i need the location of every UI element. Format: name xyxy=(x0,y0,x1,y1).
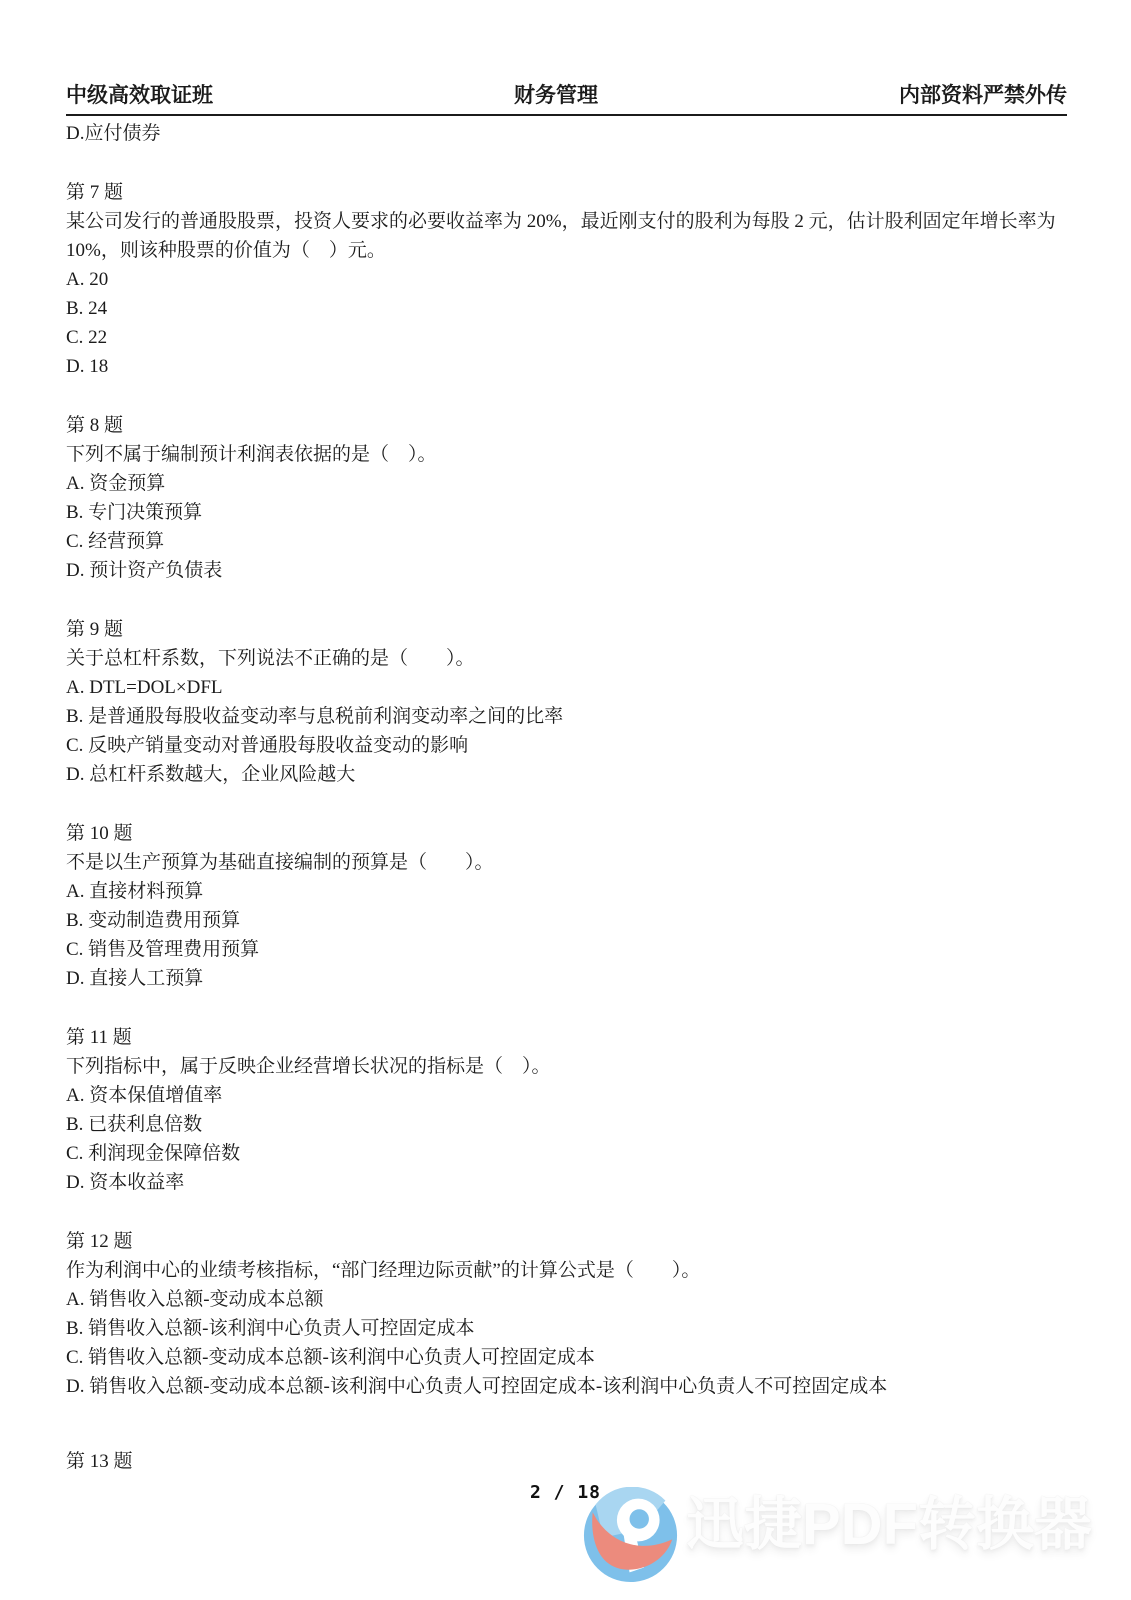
question-option: C. 经营预算 xyxy=(66,527,1067,556)
question-9: 第 9 题 关于总杠杆系数，下列说法不正确的是（ ）。 A. DTL=DOL×D… xyxy=(66,615,1067,789)
question-13: 第 13 题 xyxy=(66,1447,1067,1476)
question-option: D. 总杠杆系数越大，企业风险越大 xyxy=(66,760,1067,789)
question-12: 第 12 题 作为利润中心的业绩考核指标，“部门经理边际贡献”的计算公式是（ ）… xyxy=(66,1227,1067,1401)
question-option: C. 反映产销量变动对普通股每股收益变动的影响 xyxy=(66,731,1067,760)
question-title: 第 12 题 xyxy=(66,1227,1067,1256)
question-option: A. 资本保值增值率 xyxy=(66,1081,1067,1110)
question-option: C. 销售及管理费用预算 xyxy=(66,935,1067,964)
question-option: D. 预计资产负债表 xyxy=(66,556,1067,585)
question-option: A. 直接材料预算 xyxy=(66,877,1067,906)
question-title: 第 10 题 xyxy=(66,819,1067,848)
question-option: C. 利润现金保障倍数 xyxy=(66,1139,1067,1168)
question-option: B. 24 xyxy=(66,294,1067,323)
page-header: 中级高效取证班 财务管理 内部资料严禁外传 xyxy=(66,84,1067,116)
question-option: D. 18 xyxy=(66,352,1067,381)
question-option: D. 直接人工预算 xyxy=(66,964,1067,993)
question-stem: 不是以生产预算为基础直接编制的预算是（ ）。 xyxy=(66,848,1067,877)
question-option: A. 20 xyxy=(66,265,1067,294)
header-course-name: 中级高效取证班 xyxy=(66,84,213,108)
carryover-option: D.应付债券 xyxy=(66,119,1067,148)
header-confidential-notice: 内部资料严禁外传 xyxy=(899,84,1067,108)
question-title: 第 11 题 xyxy=(66,1023,1067,1052)
question-title: 第 13 题 xyxy=(66,1447,1067,1476)
watermark-brand-text: 迅捷PDF转换器 xyxy=(686,1490,1092,1560)
question-title: 第 7 题 xyxy=(66,178,1067,207)
xunjie-pdf-converter-logo-icon xyxy=(582,1487,679,1584)
question-option: B. 销售收入总额-该利润中心负责人可控固定成本 xyxy=(66,1314,1067,1343)
question-stem: 作为利润中心的业绩考核指标，“部门经理边际贡献”的计算公式是（ ）。 xyxy=(66,1256,1067,1285)
question-option: B. 专门决策预算 xyxy=(66,498,1067,527)
question-10: 第 10 题 不是以生产预算为基础直接编制的预算是（ ）。 A. 直接材料预算 … xyxy=(66,819,1067,993)
document-page: 中级高效取证班 财务管理 内部资料严禁外传 D.应付债券 第 7 题 某公司发行… xyxy=(0,0,1131,1600)
question-option: B. 是普通股每股收益变动率与息税前利润变动率之间的比率 xyxy=(66,702,1067,731)
question-option: D. 资本收益率 xyxy=(66,1168,1067,1197)
question-title: 第 9 题 xyxy=(66,615,1067,644)
question-stem: 下列指标中，属于反映企业经营增长状况的指标是（ ）。 xyxy=(66,1052,1067,1081)
question-stem: 某公司发行的普通股股票，投资人要求的必要收益率为 20%，最近刚支付的股利为每股… xyxy=(66,207,1067,265)
question-stem: 关于总杠杆系数，下列说法不正确的是（ ）。 xyxy=(66,644,1067,673)
question-option: D. 销售收入总额-变动成本总额-该利润中心负责人可控固定成本-该利润中心负责人… xyxy=(66,1372,1067,1401)
question-title: 第 8 题 xyxy=(66,411,1067,440)
question-8: 第 8 题 下列不属于编制预计利润表依据的是（ ）。 A. 资金预算 B. 专门… xyxy=(66,411,1067,585)
question-11: 第 11 题 下列指标中，属于反映企业经营增长状况的指标是（ ）。 A. 资本保… xyxy=(66,1023,1067,1197)
question-option: C. 22 xyxy=(66,323,1067,352)
question-option: A. 资金预算 xyxy=(66,469,1067,498)
question-stem: 下列不属于编制预计利润表依据的是（ ）。 xyxy=(66,440,1067,469)
question-option: C. 销售收入总额-变动成本总额-该利润中心负责人可控固定成本 xyxy=(66,1343,1067,1372)
question-7: 第 7 题 某公司发行的普通股股票，投资人要求的必要收益率为 20%，最近刚支付… xyxy=(66,178,1067,381)
header-subject-title: 财务管理 xyxy=(514,84,598,108)
question-option: B. 变动制造费用预算 xyxy=(66,906,1067,935)
question-option: A. 销售收入总额-变动成本总额 xyxy=(66,1285,1067,1314)
question-option: B. 已获利息倍数 xyxy=(66,1110,1067,1139)
question-option: A. DTL=DOL×DFL xyxy=(66,673,1067,702)
